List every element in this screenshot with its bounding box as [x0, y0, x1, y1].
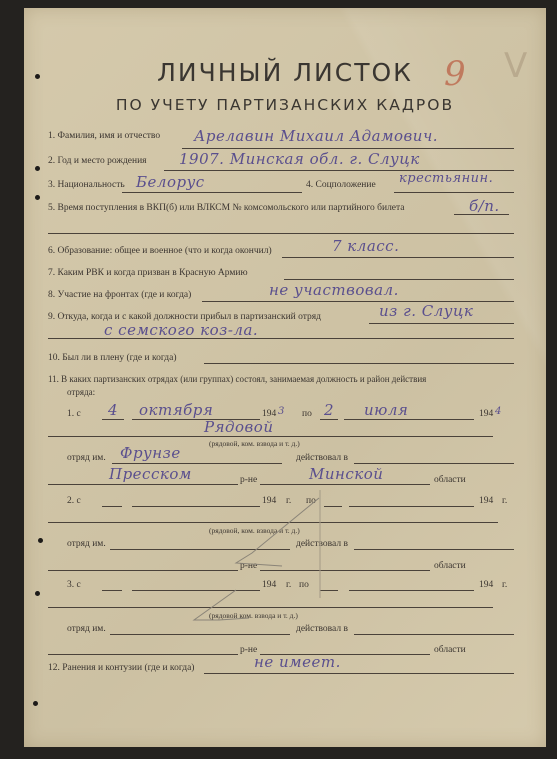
pencil-strike-marks: [24, 8, 546, 747]
document-page: ЛИЧНЫЙ ЛИСТОК ПО УЧЕТУ ПАРТИЗАНСКИХ КАДР…: [24, 8, 546, 747]
